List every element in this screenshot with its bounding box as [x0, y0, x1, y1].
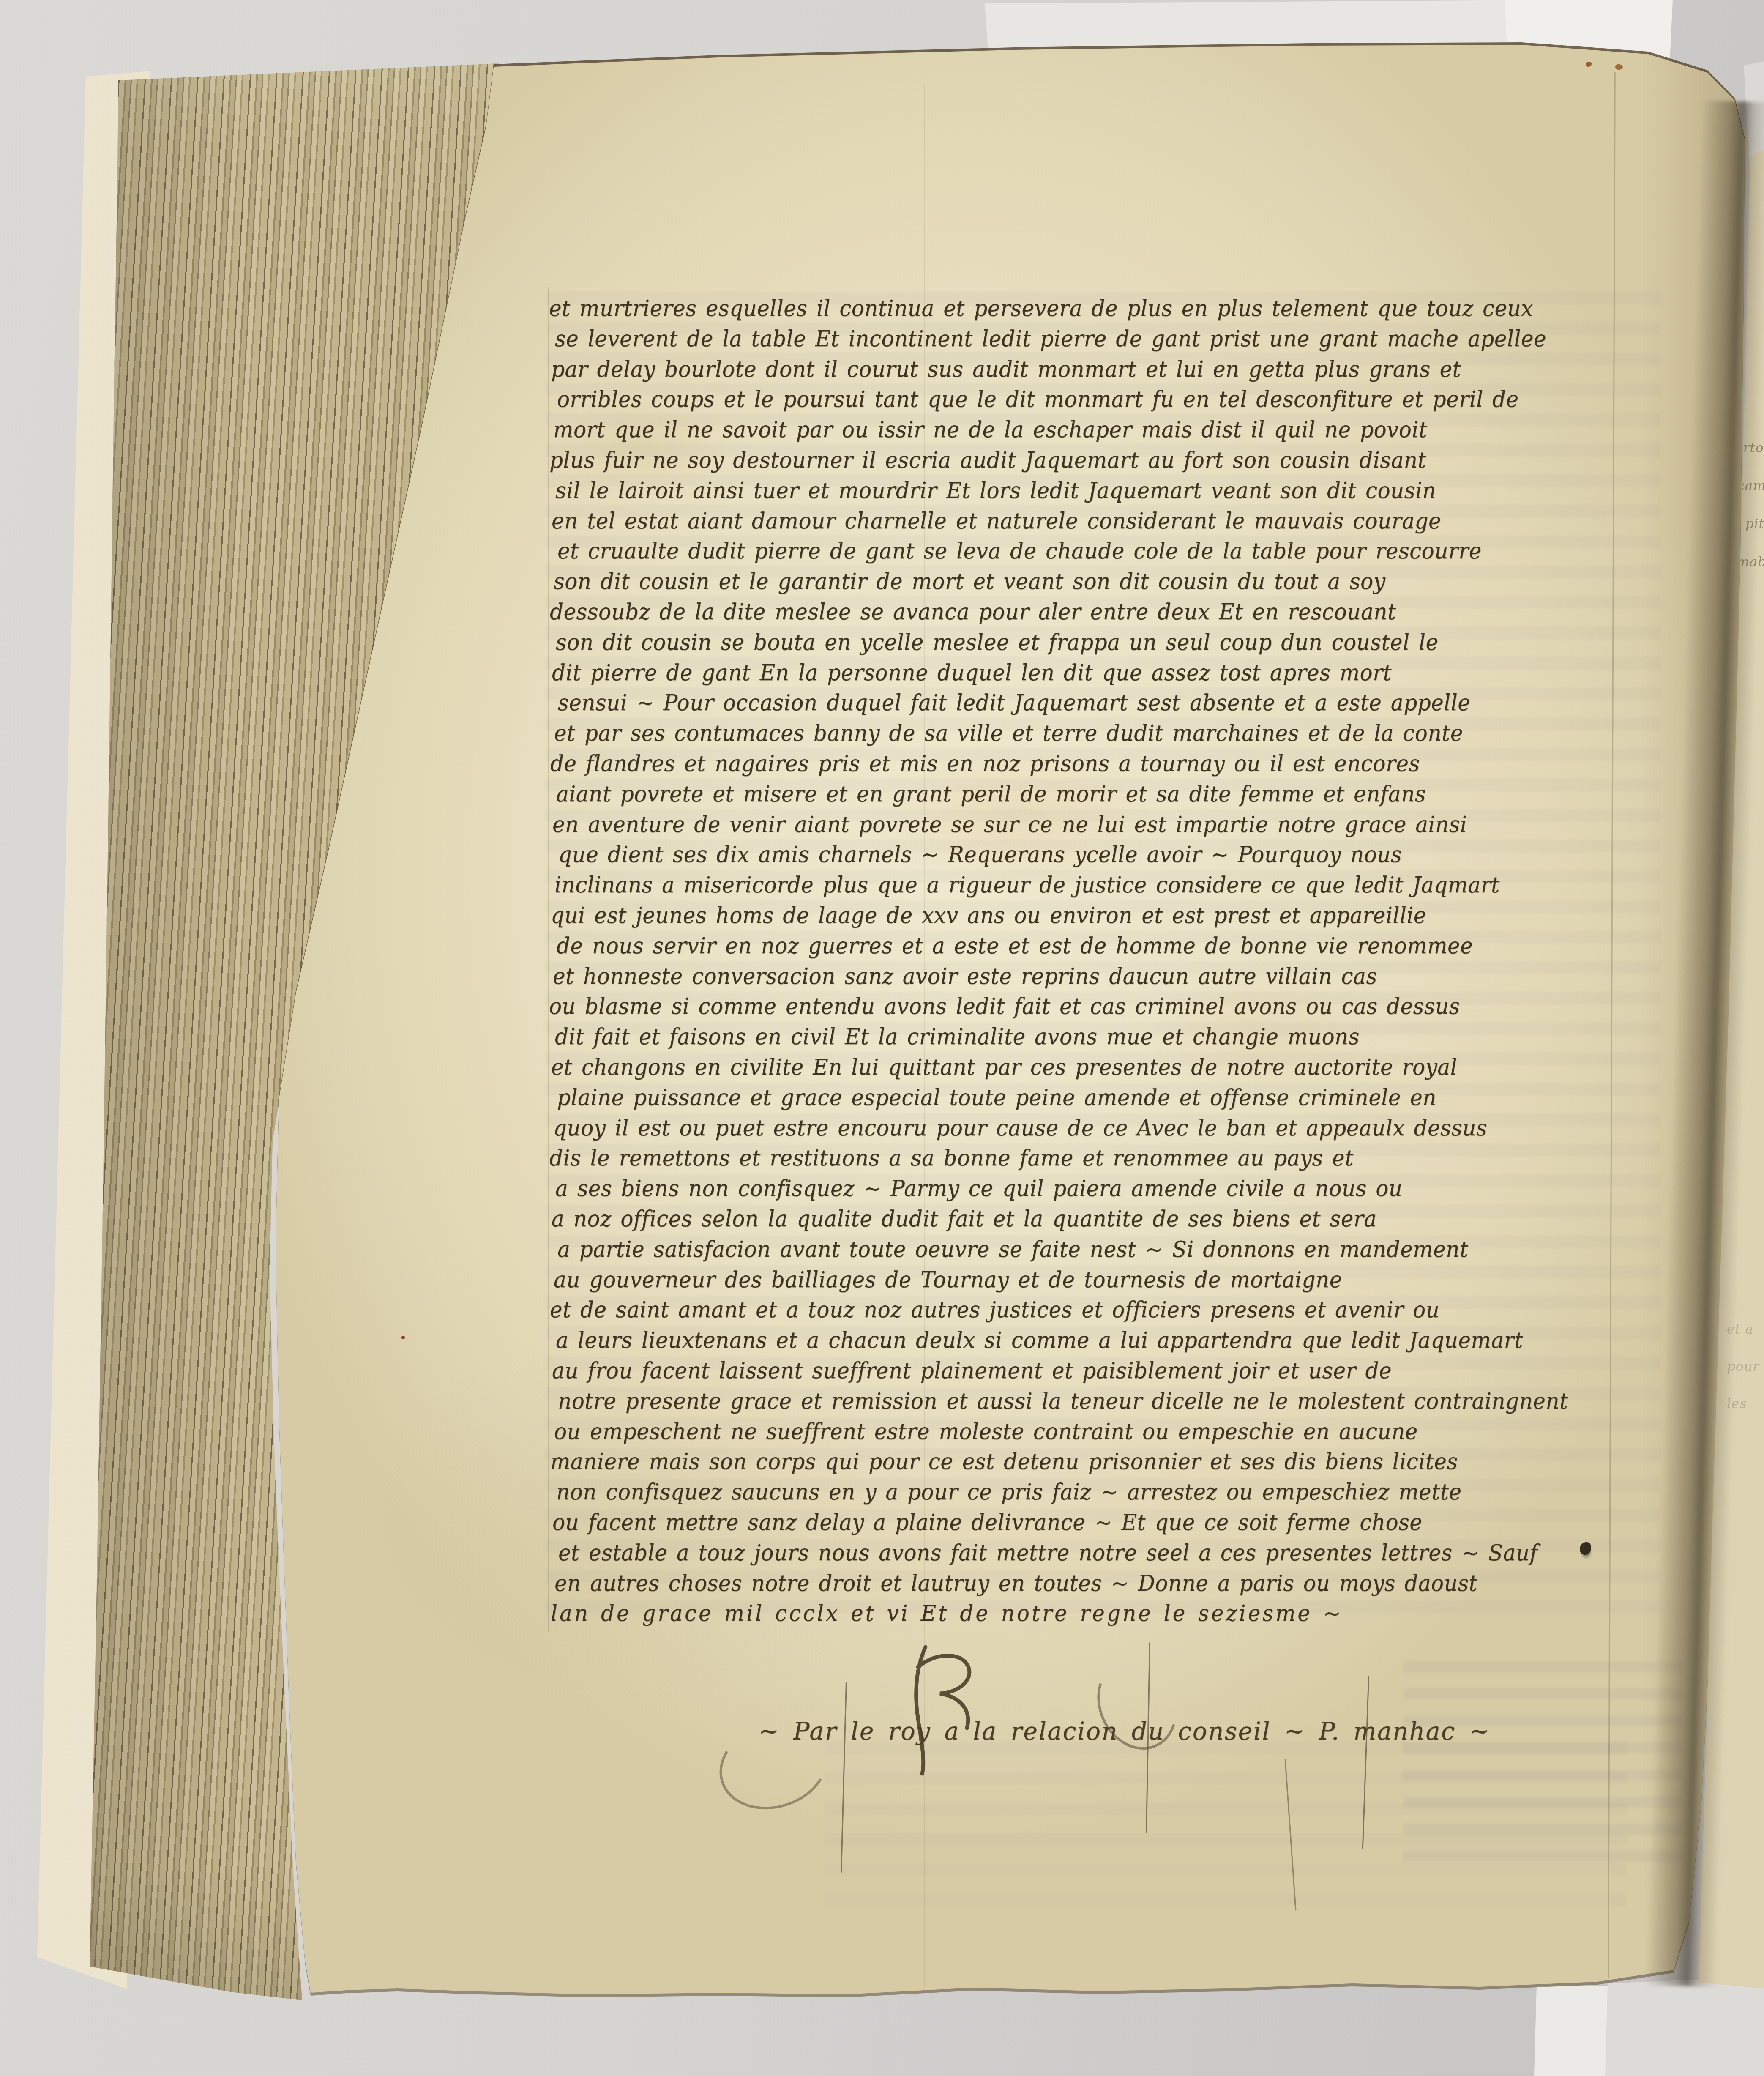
manuscript-line: dit pierre de gant En la personne duquel…: [552, 660, 1392, 685]
manuscript-line: sil le lairoit ainsi tuer et mourdrir Et…: [555, 478, 1436, 503]
manuscript-line: au frou facent laissent sueffrent plaine…: [552, 1359, 1392, 1383]
manuscript-line: et par ses contumaces banny de sa ville …: [554, 721, 1463, 746]
manuscript-line: ou facent mettre sanz delay a plaine del…: [552, 1510, 1422, 1535]
manuscript-line: se leverent de la table Et incontinent l…: [555, 326, 1546, 351]
manuscript-line: et de saint amant et a touz noz autres j…: [550, 1298, 1439, 1322]
manuscript-line: et cruaulte dudit pierre de gant se leva…: [557, 539, 1482, 563]
manuscript-line: au gouverneur des bailliages de Tournay …: [554, 1267, 1342, 1292]
manuscript-line: et estable a touz jours nous avons fait …: [558, 1540, 1538, 1565]
manuscript-line: a noz offices selon la qualite dudit fai…: [552, 1207, 1377, 1231]
rust-speck: [1615, 64, 1623, 70]
manuscript-line: orribles coups et le poursui tant que le…: [557, 387, 1519, 412]
manuscript-line: en aventure de venir aiant povrete se su…: [552, 812, 1467, 837]
manuscript-line: dit fait et faisons en civil Et la crimi…: [555, 1025, 1360, 1049]
manuscript-line: plus fuir ne soy destourner il escria au…: [549, 448, 1426, 473]
manuscript-line: et murtrieres esquelles il continua et p…: [549, 296, 1533, 321]
manuscript-line: quoy il est ou puet estre encouru pour c…: [553, 1116, 1487, 1140]
manuscript-line: dessoubz de la dite meslee se avanca pou…: [550, 600, 1396, 624]
manuscript-line: son dit cousin se bouta en ycelle meslee…: [556, 630, 1439, 654]
manuscript-line: plaine puissance et grace especial toute…: [557, 1085, 1436, 1110]
manuscript-line: a ses biens non confisquez ~ Parmy ce qu…: [555, 1176, 1403, 1201]
manuscript-line: en autres choses notre droit et lautruy …: [554, 1571, 1477, 1595]
manuscript-line: ou blasme si comme entendu avons ledit f…: [549, 994, 1460, 1019]
manuscript-line: et changons en civilite En lui quittant …: [551, 1055, 1457, 1080]
manuscript-line: que dient ses dix amis charnels ~ Requer…: [558, 842, 1402, 867]
manuscript-line: non confisquez saucuns en y a pour ce pr…: [556, 1480, 1461, 1504]
manuscript-line: inclinans a misericorde plus que a rigue…: [554, 873, 1500, 897]
manuscript-line: qui est jeunes homs de laage de xxv ans …: [551, 903, 1426, 928]
manuscript-line: notre presente grace et remission et aus…: [558, 1389, 1568, 1413]
manuscript-line: en tel estat aiant damour charnelle et n…: [552, 509, 1441, 533]
manuscript-line: lan de grace mil ccclx et vi Et de notre…: [551, 1601, 1343, 1626]
ruled-margin-line: [548, 287, 549, 1632]
manuscript-line: mort que il ne savoit par ou issir ne de…: [553, 418, 1427, 442]
manuscript-line: sensui ~ Pour occasion duquel fait ledit…: [558, 691, 1470, 715]
manuscript-line: et honneste conversacion sanz avoir este…: [553, 964, 1377, 988]
chancery-signature-line: ~ Par le roy a la relacion du conseil ~ …: [759, 1720, 1490, 1744]
manuscript-line: par delay bourlote dont il courut sus au…: [551, 357, 1461, 381]
red-speck: [401, 1336, 405, 1339]
manuscript-line: de flandres et nagaires pris et mis en n…: [550, 752, 1420, 776]
manuscript-line: a leurs lieuxtenans et a chacun deulx si…: [556, 1328, 1523, 1353]
manuscript-line: aiant povrete et misere et en grant peri…: [556, 782, 1426, 806]
royal-paraph-flourish: [899, 1641, 990, 1776]
manuscript-line: dis le remettons et restituons a sa bonn…: [549, 1146, 1354, 1171]
manuscript-line: de nous servir en noz guerres et a este …: [557, 933, 1473, 958]
manuscript-photo: et murtrieres esquelles il continua et p…: [0, 0, 1764, 2076]
manuscript-line: a partie satisfacion avant toute oeuvre …: [557, 1237, 1469, 1261]
manuscript-line: maniere mais son corps qui pour ce est d…: [550, 1450, 1458, 1474]
manuscript-line: ou empeschent ne sueffrent estre moleste…: [554, 1419, 1418, 1444]
manuscript-line: son dit cousin et le garantir de mort et…: [554, 569, 1385, 594]
